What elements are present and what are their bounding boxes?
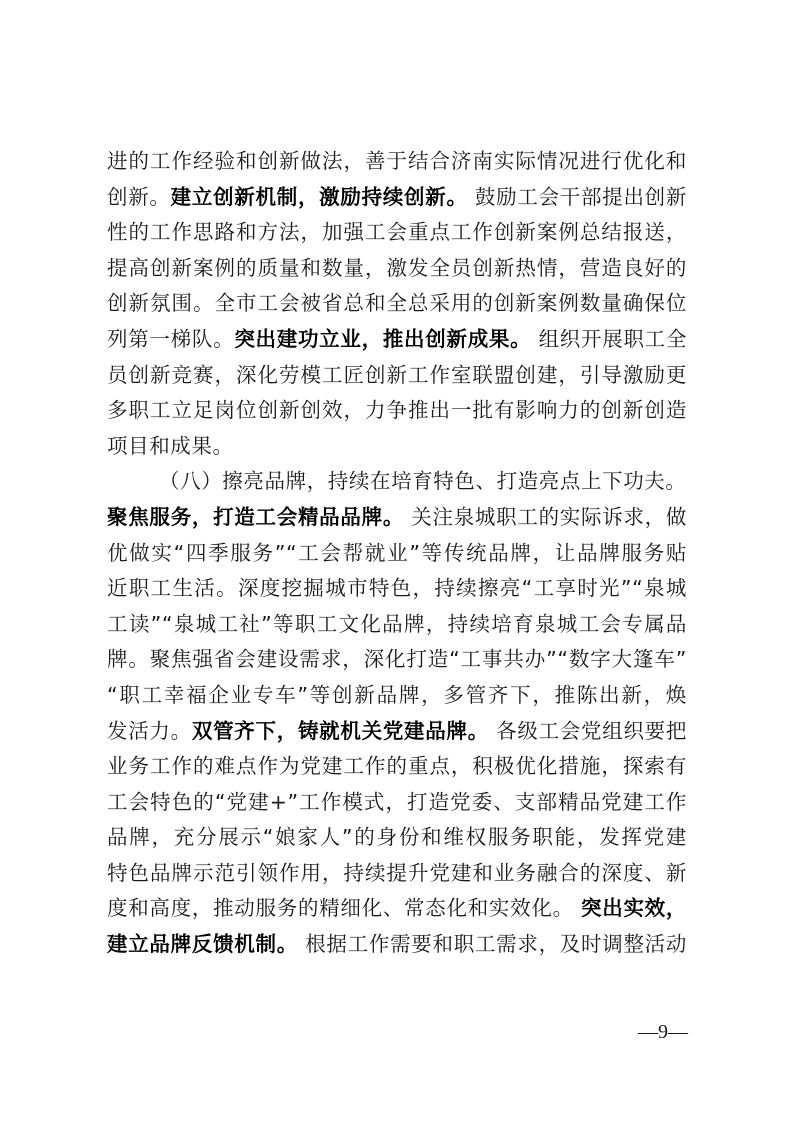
text-run: 关注泉城职工的实际诉求，做 xyxy=(404,505,687,529)
paragraph-brand: （八）擦亮品牌，持续在培育特色、打造亮点上下功夫。 聚焦服务，打造工会精品品牌。… xyxy=(107,466,687,964)
paragraph-innovation: 进的工作经验和创新做法，善于结合济南实际情况进行优化和创新。建立创新机制，激励持… xyxy=(107,146,687,466)
body-text: 进的工作经验和创新做法，善于结合济南实际情况进行优化和创新。建立创新机制，激励持… xyxy=(107,146,687,965)
text-line: “职工幸福企业专车”等创新品牌，多管齐下，推陈出新，焕 xyxy=(107,680,687,716)
text-line: 性的工作思路和方法，加强工会重点工作创新案例总结报送， xyxy=(107,217,687,253)
text-run: 度和高度，推动服务的精细化、常态化和实效化。 xyxy=(107,896,581,920)
text-run: 鼓励工会干部提出创新 xyxy=(468,185,687,209)
bold-key-phrase: 双管齐下，铸就机关党建品牌。 xyxy=(192,719,489,743)
text-run: 工读”“泉城工社”等职工文化品牌，持续培育泉城工会专属品 xyxy=(107,612,687,636)
text-line: 进的工作经验和创新做法，善于结合济南实际情况进行优化和 xyxy=(107,146,687,182)
bold-key-phrase: 突出建功立业，推出创新成果。 xyxy=(234,327,531,351)
text-run: 根据工作需要和职工需求，及时调整活动 xyxy=(298,932,687,956)
text-line: 员创新竞赛，深化劳模工匠创新工作室联盟创建，引导激励更 xyxy=(107,360,687,396)
text-line: 创新。建立创新机制，激励持续创新。 鼓励工会干部提出创新 xyxy=(107,182,687,218)
text-line: 列第一梯队。突出建功立业，推出创新成果。 组织开展职工全 xyxy=(107,324,687,360)
bold-key-phrase: 聚焦服务，打造工会精品品牌。 xyxy=(107,505,404,529)
text-run: 性的工作思路和方法，加强工会重点工作创新案例总结报送， xyxy=(107,220,687,244)
text-run: 创新。 xyxy=(107,185,171,209)
bold-key-phrase: 建立创新机制，激励持续创新。 xyxy=(171,185,468,209)
text-run: 近职工生活。深度挖掘城市特色，持续擦亮“工享时光”“泉城 xyxy=(107,576,687,600)
text-run: 进的工作经验和创新做法，善于结合济南实际情况进行优化和 xyxy=(107,149,687,173)
text-line: 度和高度，推动服务的精细化、常态化和实效化。 突出实效， xyxy=(107,893,687,929)
text-run: “职工幸福企业专车”等创新品牌，多管齐下，推陈出新，焕 xyxy=(107,683,687,707)
text-line: 业务工作的难点作为党建工作的重点，积极优化措施，探索有 xyxy=(107,751,687,787)
text-run: 品牌，充分展示“娘家人”的身份和维权服务职能，发挥党建 xyxy=(107,825,687,849)
text-line: 聚焦服务，打造工会精品品牌。 关注泉城职工的实际诉求，做 xyxy=(107,502,687,538)
text-line: 优做实“四季服务”“工会帮就业”等传统品牌，让品牌服务贴 xyxy=(107,538,687,574)
section-heading-8: （八）擦亮品牌，持续在培育特色、打造亮点上下功夫。 xyxy=(107,466,687,502)
text-run: 牌。聚焦强省会建设需求，深化打造“工事共办”“数字大篷车” xyxy=(107,647,687,671)
text-run: 发活力。 xyxy=(107,719,192,743)
text-line: 近职工生活。深度挖掘城市特色，持续擦亮“工享时光”“泉城 xyxy=(107,573,687,609)
text-run: 创新氛围。全市工会被省总和全总采用的创新案例数量确保位 xyxy=(107,291,687,315)
bold-key-phrase: 建立品牌反馈机制。 xyxy=(107,932,298,956)
text-line: 牌。聚焦强省会建设需求，深化打造“工事共办”“数字大篷车” xyxy=(107,644,687,680)
text-run: 组织开展职工全 xyxy=(531,327,687,351)
text-line: 工读”“泉城工社”等职工文化品牌，持续培育泉城工会专属品 xyxy=(107,609,687,645)
text-line: 发活力。双管齐下，铸就机关党建品牌。 各级工会党组织要把 xyxy=(107,716,687,752)
text-run: 提高创新案例的质量和数量，激发全员创新热情，营造良好的 xyxy=(107,256,687,280)
text-line: 品牌，充分展示“娘家人”的身份和维权服务职能，发挥党建 xyxy=(107,822,687,858)
text-run: 员创新竞赛，深化劳模工匠创新工作室联盟创建，引导激励更 xyxy=(107,363,687,387)
text-line: 创新氛围。全市工会被省总和全总采用的创新案例数量确保位 xyxy=(107,288,687,324)
text-line: 特色品牌示范引领作用，持续提升党建和业务融合的深度、新 xyxy=(107,858,687,894)
text-line: 提高创新案例的质量和数量，激发全员创新热情，营造良好的 xyxy=(107,253,687,289)
text-line: 多职工立足岗位创新创效，力争推出一批有影响力的创新创造 xyxy=(107,395,687,431)
text-run: 工会特色的“党建+”工作模式，打造党委、支部精品党建工作 xyxy=(107,790,687,814)
text-run: 特色品牌示范引领作用，持续提升党建和业务融合的深度、新 xyxy=(107,861,687,885)
text-line: 建立品牌反馈机制。 根据工作需要和职工需求，及时调整活动 xyxy=(107,929,687,965)
text-line: 项目和成果。 xyxy=(107,431,687,467)
text-run: 列第一梯队。 xyxy=(107,327,234,351)
document-page: 进的工作经验和创新做法，善于结合济南实际情况进行优化和创新。建立创新机制，激励持… xyxy=(0,0,794,1123)
text-run: 项目和成果。 xyxy=(107,434,234,458)
bold-key-phrase: 突出实效， xyxy=(581,896,687,920)
text-run: 业务工作的难点作为党建工作的重点，积极优化措施，探索有 xyxy=(107,754,687,778)
page-number: —9— xyxy=(638,1021,688,1044)
text-run: 各级工会党组织要把 xyxy=(489,719,687,743)
text-run: 多职工立足岗位创新创效，力争推出一批有影响力的创新创造 xyxy=(107,398,687,422)
text-line: 工会特色的“党建+”工作模式，打造党委、支部精品党建工作 xyxy=(107,787,687,823)
text-run: 优做实“四季服务”“工会帮就业”等传统品牌，让品牌服务贴 xyxy=(107,541,687,565)
